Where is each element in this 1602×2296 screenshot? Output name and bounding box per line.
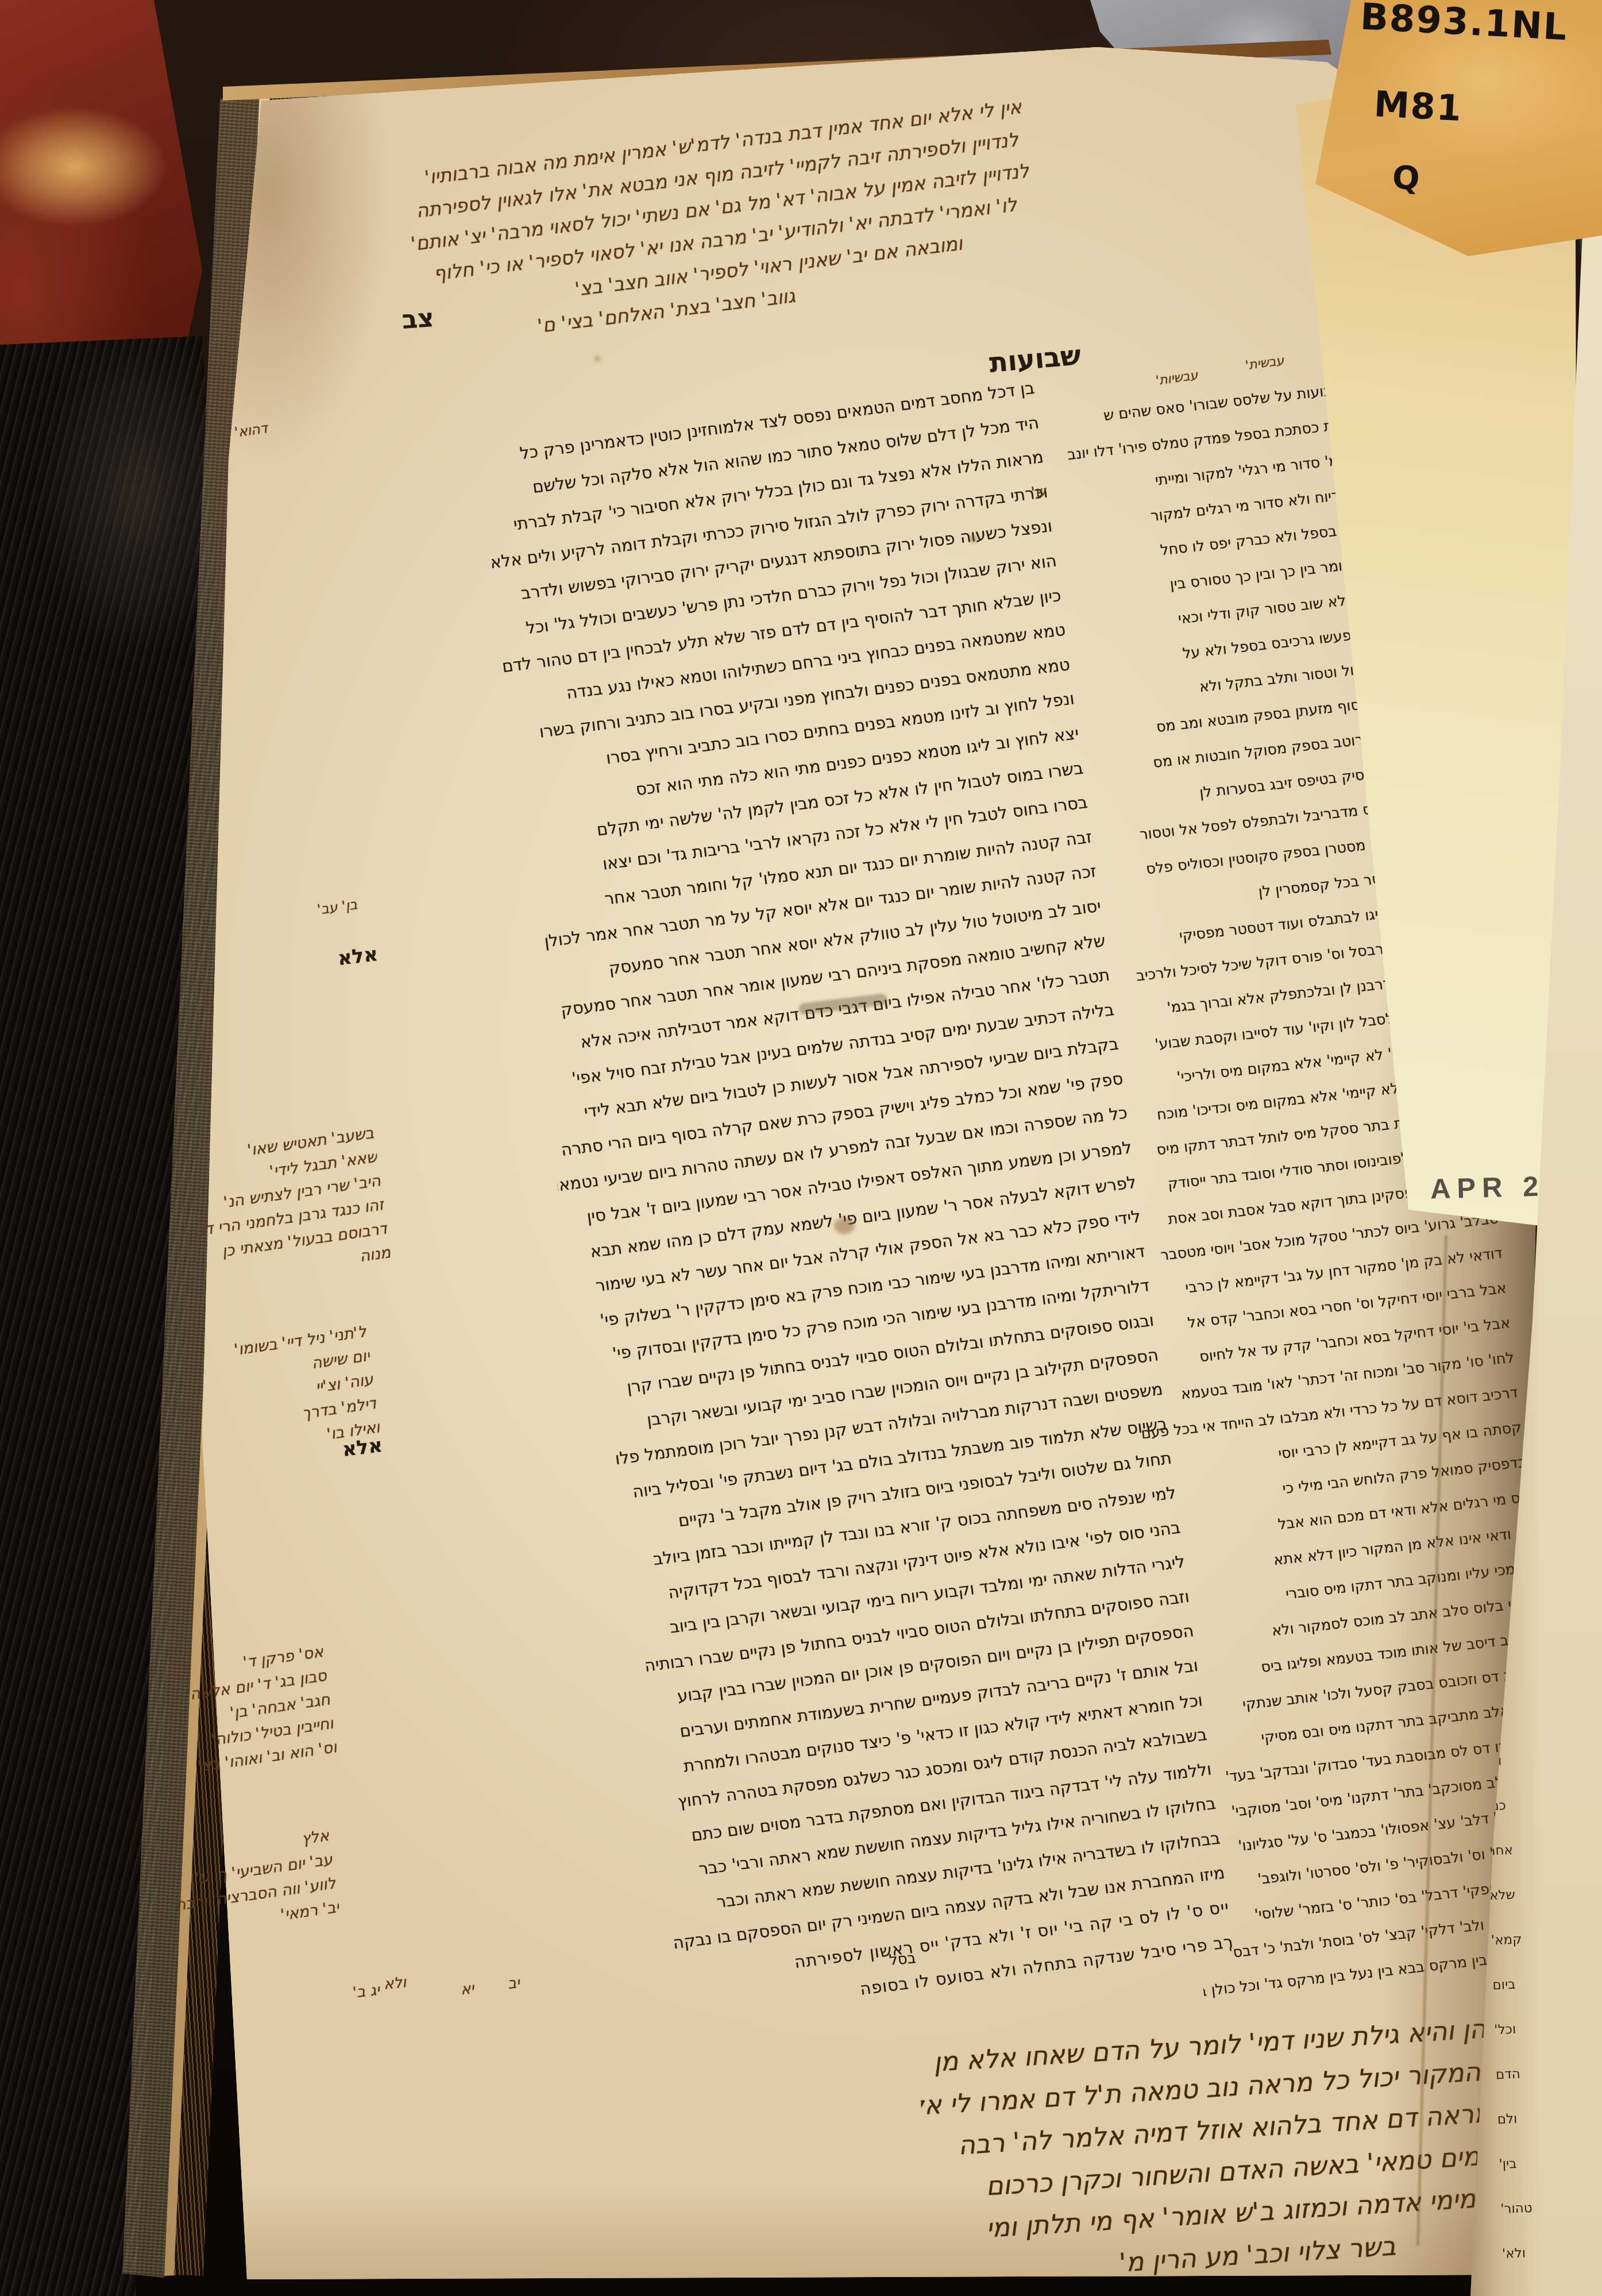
text-line: הדם [1495,2048,1602,2097]
catchword: בסל [889,1950,917,1969]
text-line: אחר [1487,1824,1602,1873]
folio-number: צב [401,303,435,335]
text-line: טהור' [1500,2182,1602,2232]
gutter-mark: ש' [1030,483,1047,502]
photo-of-open-book: אין לי אלא יום אחד אמין דבת בנדה' לדמ'ש'… [0,0,1602,2296]
text-line: שלא [1489,1869,1602,1918]
text-line: קמא' [1491,1913,1602,1963]
text-line: וכל' [1493,2003,1602,2052]
date-stamp: APR 2 [1430,1170,1545,1205]
text-line: ולא' [1501,2227,1602,2276]
brown-stain [834,1218,855,1234]
text-line: כמו [1485,1779,1602,1828]
text-line: בין' [1498,2137,1602,2187]
call-number-line2: M81 [1373,83,1464,129]
foot-numeral: יג ב' [352,1982,381,2002]
text-line: ולם [1496,2093,1602,2142]
foxing-spot [1222,437,1229,442]
text-line: וזה [1484,1734,1602,1784]
foxing-spot [970,536,977,542]
foot-numeral: יב [507,1974,520,1993]
foot-numeral: יא [460,1980,474,1998]
call-number-line3: Q [1391,159,1422,198]
foxing-spot [595,356,600,361]
paragraph-initial-word: אלא [337,943,379,970]
foot-numeral: ולא [383,1974,407,1993]
text-line: ביום [1492,1958,1602,2008]
